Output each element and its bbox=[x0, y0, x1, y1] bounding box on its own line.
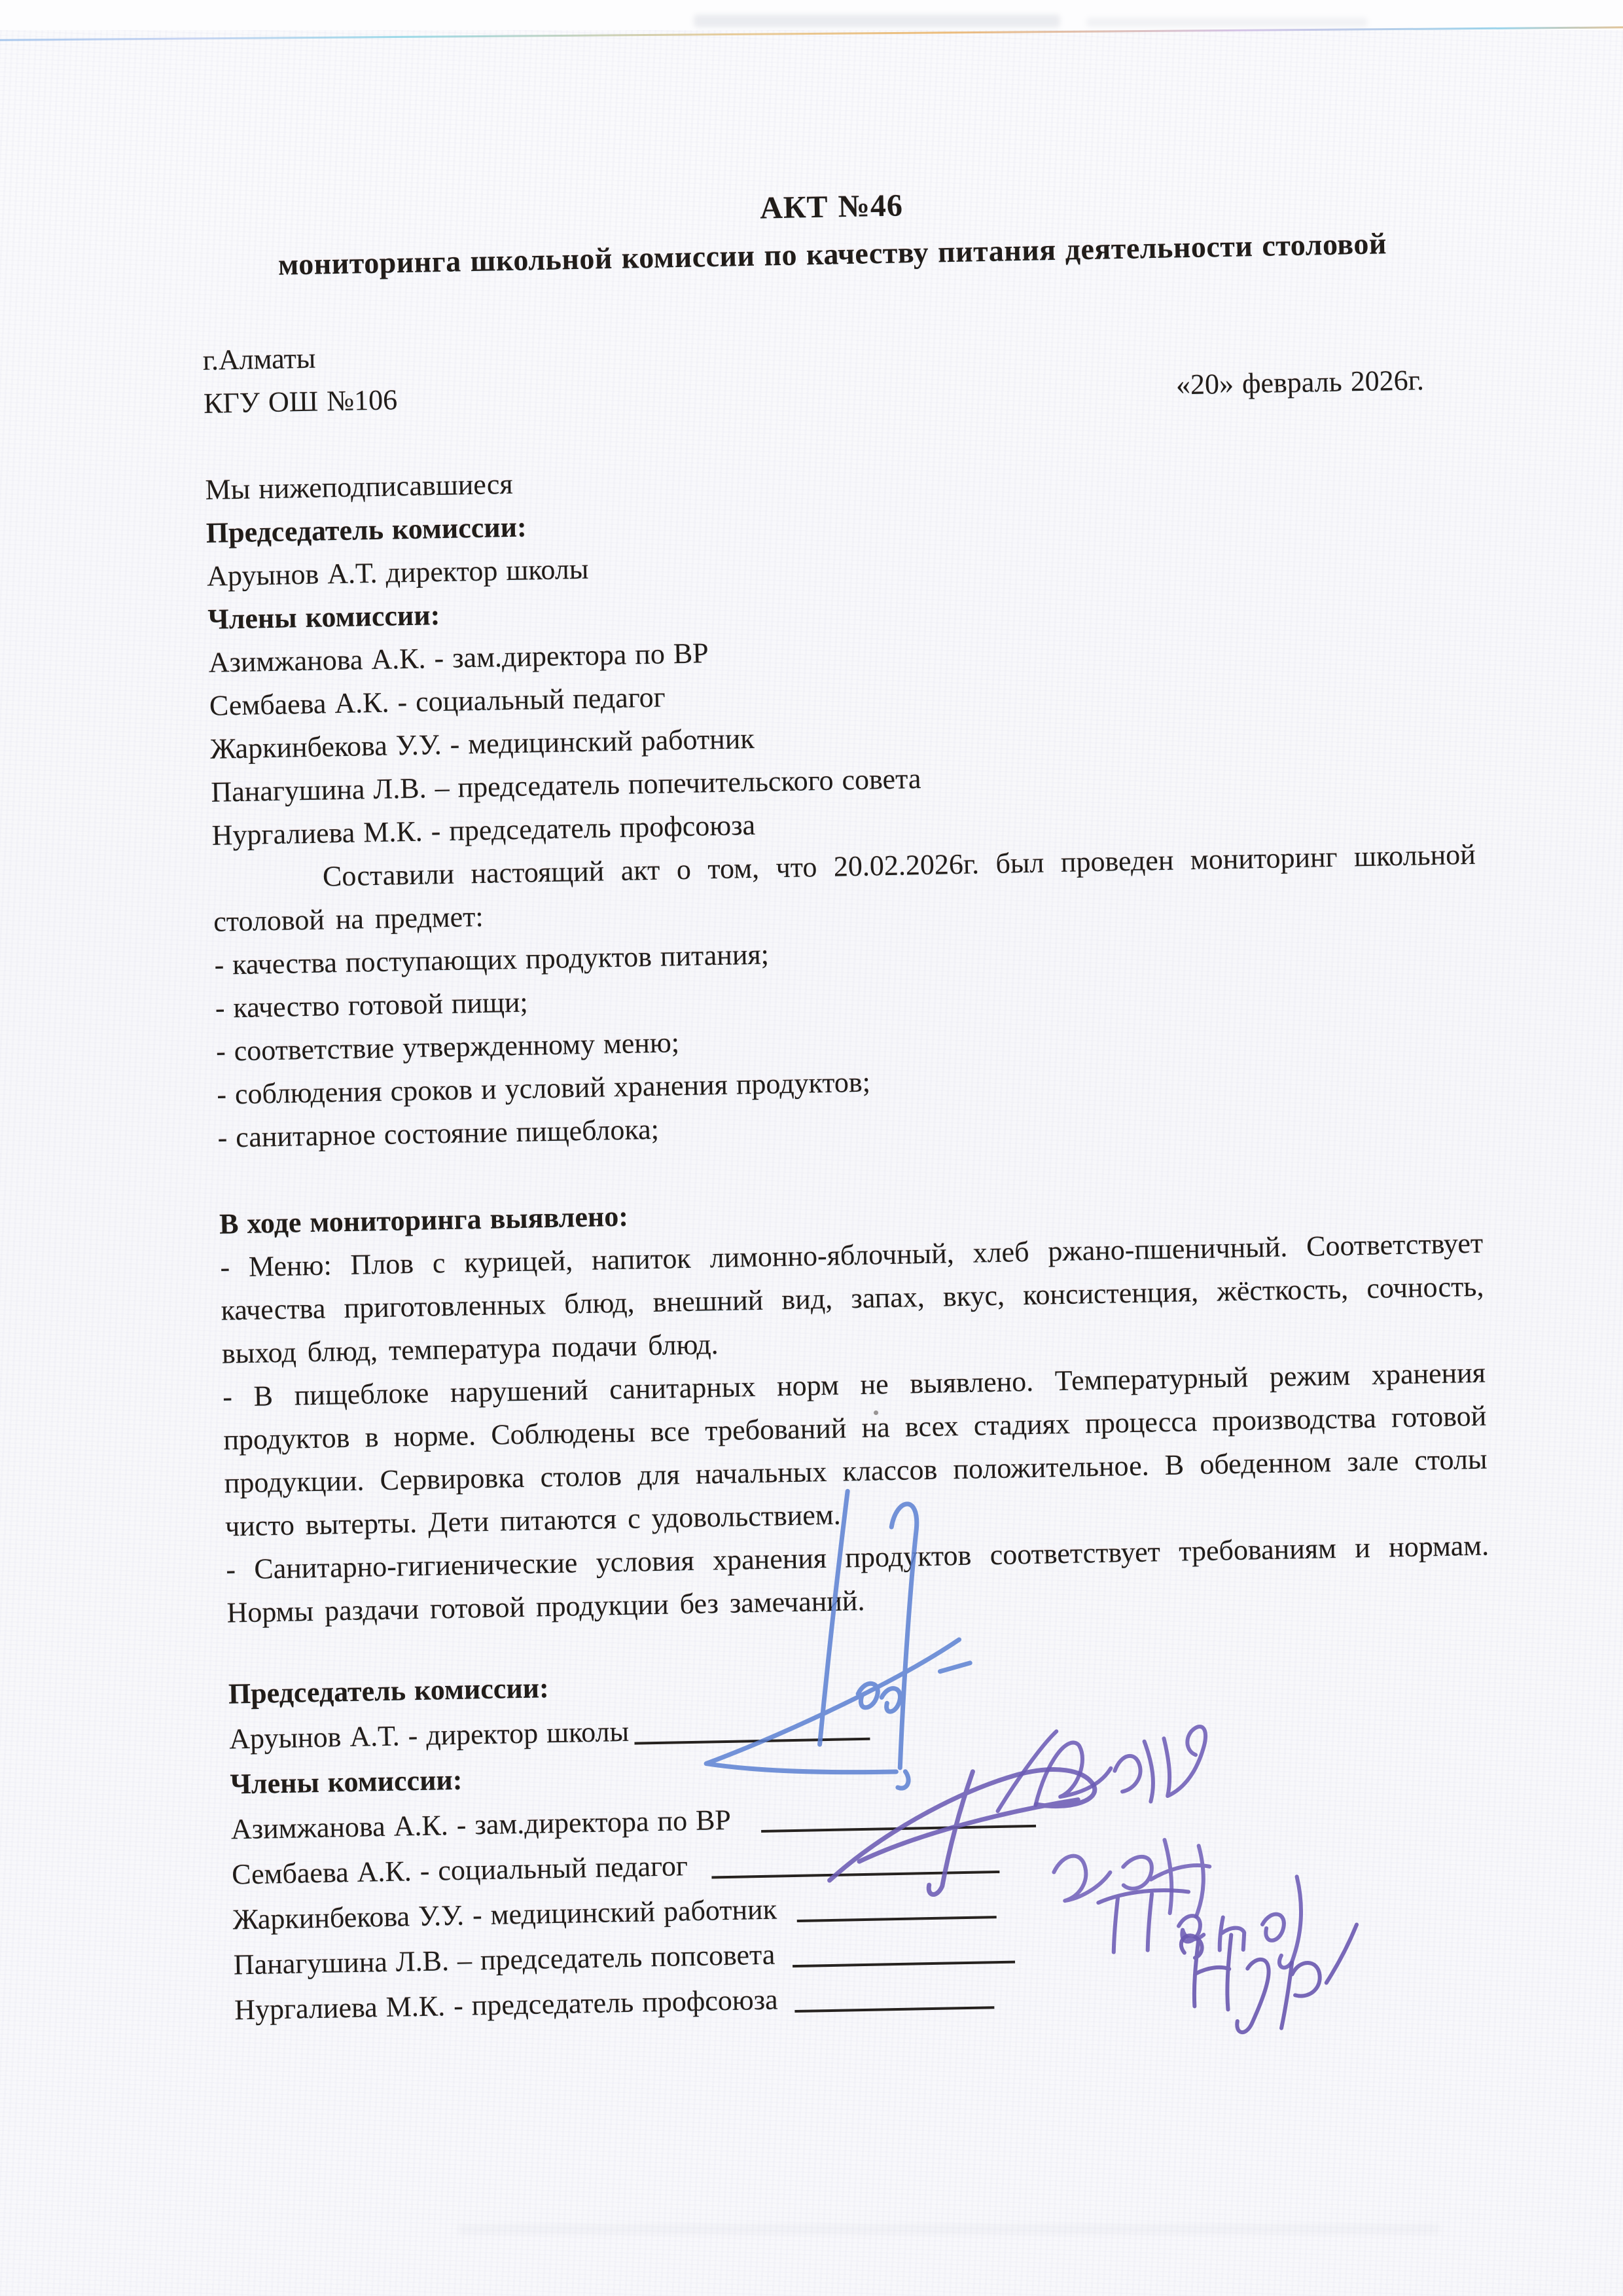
signature-section: Председатель комиссии: Аруынов А.Т. - ди… bbox=[228, 1647, 1497, 2033]
ink-speck bbox=[874, 1410, 878, 1415]
signature-line-label: Аруынов А.Т. - директор школы bbox=[229, 1709, 630, 1762]
bleedthrough-smudge bbox=[458, 2224, 1440, 2234]
document-content: АКТ №46 мониторинга школьной комиссии по… bbox=[200, 172, 1499, 2094]
document-date: «20» февраль 2026г. bbox=[1175, 359, 1424, 406]
signature-underline bbox=[792, 1932, 1015, 1968]
school-name: КГУ ОШ №106 bbox=[203, 378, 397, 425]
finding-paragraph: - В пищеблоке нарушений санитарных норм … bbox=[223, 1352, 1489, 1549]
signature-underline bbox=[760, 1796, 1036, 1833]
members-list: Азимжанова А.К. - зам.директора по ВР Се… bbox=[208, 617, 1475, 857]
signature-underline bbox=[794, 1977, 995, 2013]
signature-underline bbox=[711, 1842, 999, 1878]
bleedthrough-smudge bbox=[1086, 18, 1368, 27]
finding-paragraph: - Меню: Плов с курицей, напиток лимонно-… bbox=[220, 1222, 1485, 1376]
signature-underline bbox=[633, 1709, 870, 1745]
signature-underline bbox=[796, 1887, 996, 1922]
subject-list: - качества поступающих продуктов питания… bbox=[214, 920, 1481, 1160]
scanned-document-page: АКТ №46 мониторинга школьной комиссии по… bbox=[0, 0, 1623, 2296]
signature-line-label: Нургалиева М.К. - председатель профсоюза bbox=[234, 1977, 779, 2033]
bleedthrough-smudge bbox=[694, 14, 1060, 27]
